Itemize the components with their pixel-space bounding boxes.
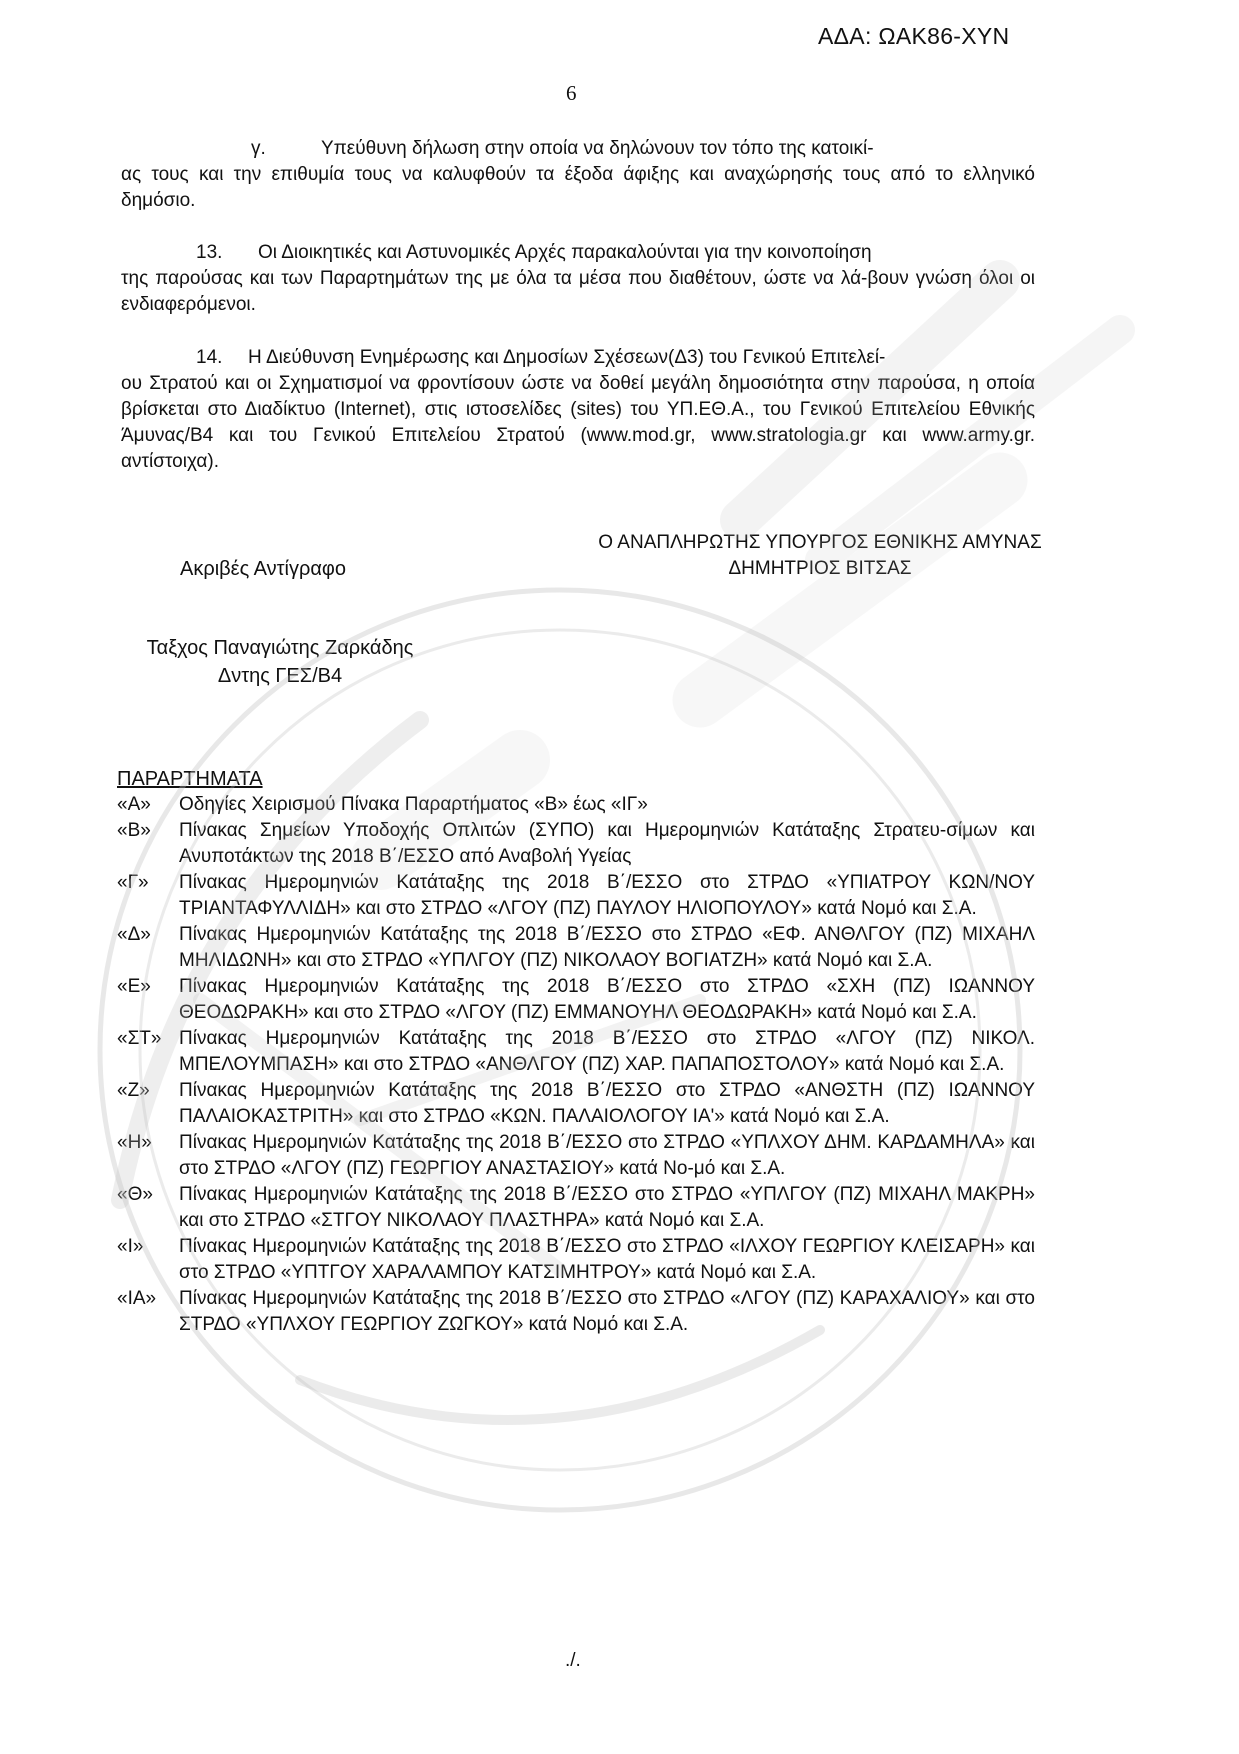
paragraph-13: 13.Οι Διοικητικές και Αστυνομικές Αρχές … [121,240,1035,318]
annex-key: «ΣΤ» [117,1026,179,1052]
annex-key: «ΙΑ» [117,1286,179,1312]
page-number: 6 [566,80,577,106]
document-page: ΑΔΑ: ΩΑΚ86-ΧΥΝ 6 γ.Υπεύθυνη δήλωση στην … [0,0,1239,1754]
annex-item: «Η»Πίνακας Ημερομηνιών Κατάταξης της 201… [117,1130,1035,1182]
annex-description: Πίνακας Ημερομηνιών Κατάταξης της 2018 Β… [179,1286,1035,1338]
annex-description: Πίνακας Ημερομηνιών Κατάταξης της 2018 Β… [179,1234,1035,1286]
minister-name: ΔΗΜΗΤΡΙΟΣ ΒΙΤΣΑΣ [560,556,1080,582]
annex-key: «Ε» [117,974,179,1000]
paragraph-label: 14. [196,345,248,371]
paragraph-label: 13. [196,240,258,266]
annex-item: «ΙΑ»Πίνακας Ημερομηνιών Κατάταξης της 20… [117,1286,1035,1338]
annex-description: Οδηγίες Χειρισμού Πίνακα Παραρτήματος «Β… [179,792,1035,818]
paragraph-14: 14.Η Διεύθυνση Ενημέρωσης και Δημοσίων Σ… [121,345,1035,475]
paragraph-label: γ. [251,136,321,162]
paragraph-g: γ.Υπεύθυνη δήλωση στην οποία να δηλώνουν… [121,136,1035,214]
copy-signer-name: Ταξχος Παναγιώτης Ζαρκάδης [120,634,440,662]
annex-key: «Θ» [117,1182,179,1208]
minister-signature-block: Ο ΑΝΑΠΛΗΡΩΤΗΣ ΥΠΟΥΡΓΟΣ ΕΘΝΙΚΗΣ ΑΜΥΝΑΣ ΔΗ… [560,530,1080,582]
annex-item: «Ε»Πίνακας Ημερομηνιών Κατάταξης της 201… [117,974,1035,1026]
paragraph-text-first: Η Διεύθυνση Ενημέρωσης και Δημοσίων Σχέσ… [248,347,885,368]
annexes-list: «Α»Οδηγίες Χειρισμού Πίνακα Παραρτήματος… [117,792,1035,1338]
annex-key: «Δ» [117,922,179,948]
paragraph-text: της παρούσας και των Παραρτημάτων της με… [121,266,1035,318]
annex-description: Πίνακας Ημερομηνιών Κατάταξης της 2018 Β… [179,1026,1035,1078]
annex-item: «Β»Πίνακας Σημείων Υποδοχής Οπλιτών (ΣΥΠ… [117,818,1035,870]
annex-description: Πίνακας Ημερομηνιών Κατάταξης της 2018 Β… [179,922,1035,974]
annex-item: «ΣΤ»Πίνακας Ημερομηνιών Κατάταξης της 20… [117,1026,1035,1078]
copy-signer-block: Ταξχος Παναγιώτης Ζαρκάδης Δντης ΓΕΣ/Β4 [120,634,440,690]
annex-key: «Α» [117,792,179,818]
paragraph-text: ας τους και την επιθυμία τους να καλυφθο… [121,162,1035,214]
annex-key: «Β» [117,818,179,844]
exact-copy-label: Ακριβές Αντίγραφο [180,556,346,582]
ada-code: ΑΔΑ: ΩΑΚ86-ΧΥΝ [818,22,1009,50]
annex-item: «Ι»Πίνακας Ημερομηνιών Κατάταξης της 201… [117,1234,1035,1286]
paragraph-text: ου Στρατού και οι Σχηματισμοί να φροντίσ… [121,371,1035,475]
paragraph-text-first: Υπεύθυνη δήλωση στην οποία να δηλώνουν τ… [321,138,874,159]
annex-description: Πίνακας Ημερομηνιών Κατάταξης της 2018 Β… [179,1182,1035,1234]
annex-item: «Δ»Πίνακας Ημερομηνιών Κατάταξης της 201… [117,922,1035,974]
paragraph-text-first: Οι Διοικητικές και Αστυνομικές Αρχές παρ… [258,242,872,263]
annex-description: Πίνακας Ημερομηνιών Κατάταξης της 2018 Β… [179,974,1035,1026]
annex-key: «Η» [117,1130,179,1156]
annex-description: Πίνακας Ημερομηνιών Κατάταξης της 2018 Β… [179,870,1035,922]
minister-title: Ο ΑΝΑΠΛΗΡΩΤΗΣ ΥΠΟΥΡΓΟΣ ΕΘΝΙΚΗΣ ΑΜΥΝΑΣ [560,530,1080,556]
continuation-mark: ./. [565,1648,581,1674]
annex-item: «Ζ»Πίνακας Ημερομηνιών Κατάταξης της 201… [117,1078,1035,1130]
annexes-title: ΠΑΡΑΡΤΗΜΑΤΑ [117,766,263,792]
annex-description: Πίνακας Σημείων Υποδοχής Οπλιτών (ΣΥΠΟ) … [179,818,1035,870]
annex-item: «Α»Οδηγίες Χειρισμού Πίνακα Παραρτήματος… [117,792,1035,818]
annex-key: «Ζ» [117,1078,179,1104]
annex-key: «Γ» [117,870,179,896]
annex-description: Πίνακας Ημερομηνιών Κατάταξης της 2018 Β… [179,1130,1035,1182]
annex-key: «Ι» [117,1234,179,1260]
copy-signer-role: Δντης ΓΕΣ/Β4 [120,662,440,690]
annex-description: Πίνακας Ημερομηνιών Κατάταξης της 2018 Β… [179,1078,1035,1130]
annex-item: «Θ»Πίνακας Ημερομηνιών Κατάταξης της 201… [117,1182,1035,1234]
annex-item: «Γ»Πίνακας Ημερομηνιών Κατάταξης της 201… [117,870,1035,922]
